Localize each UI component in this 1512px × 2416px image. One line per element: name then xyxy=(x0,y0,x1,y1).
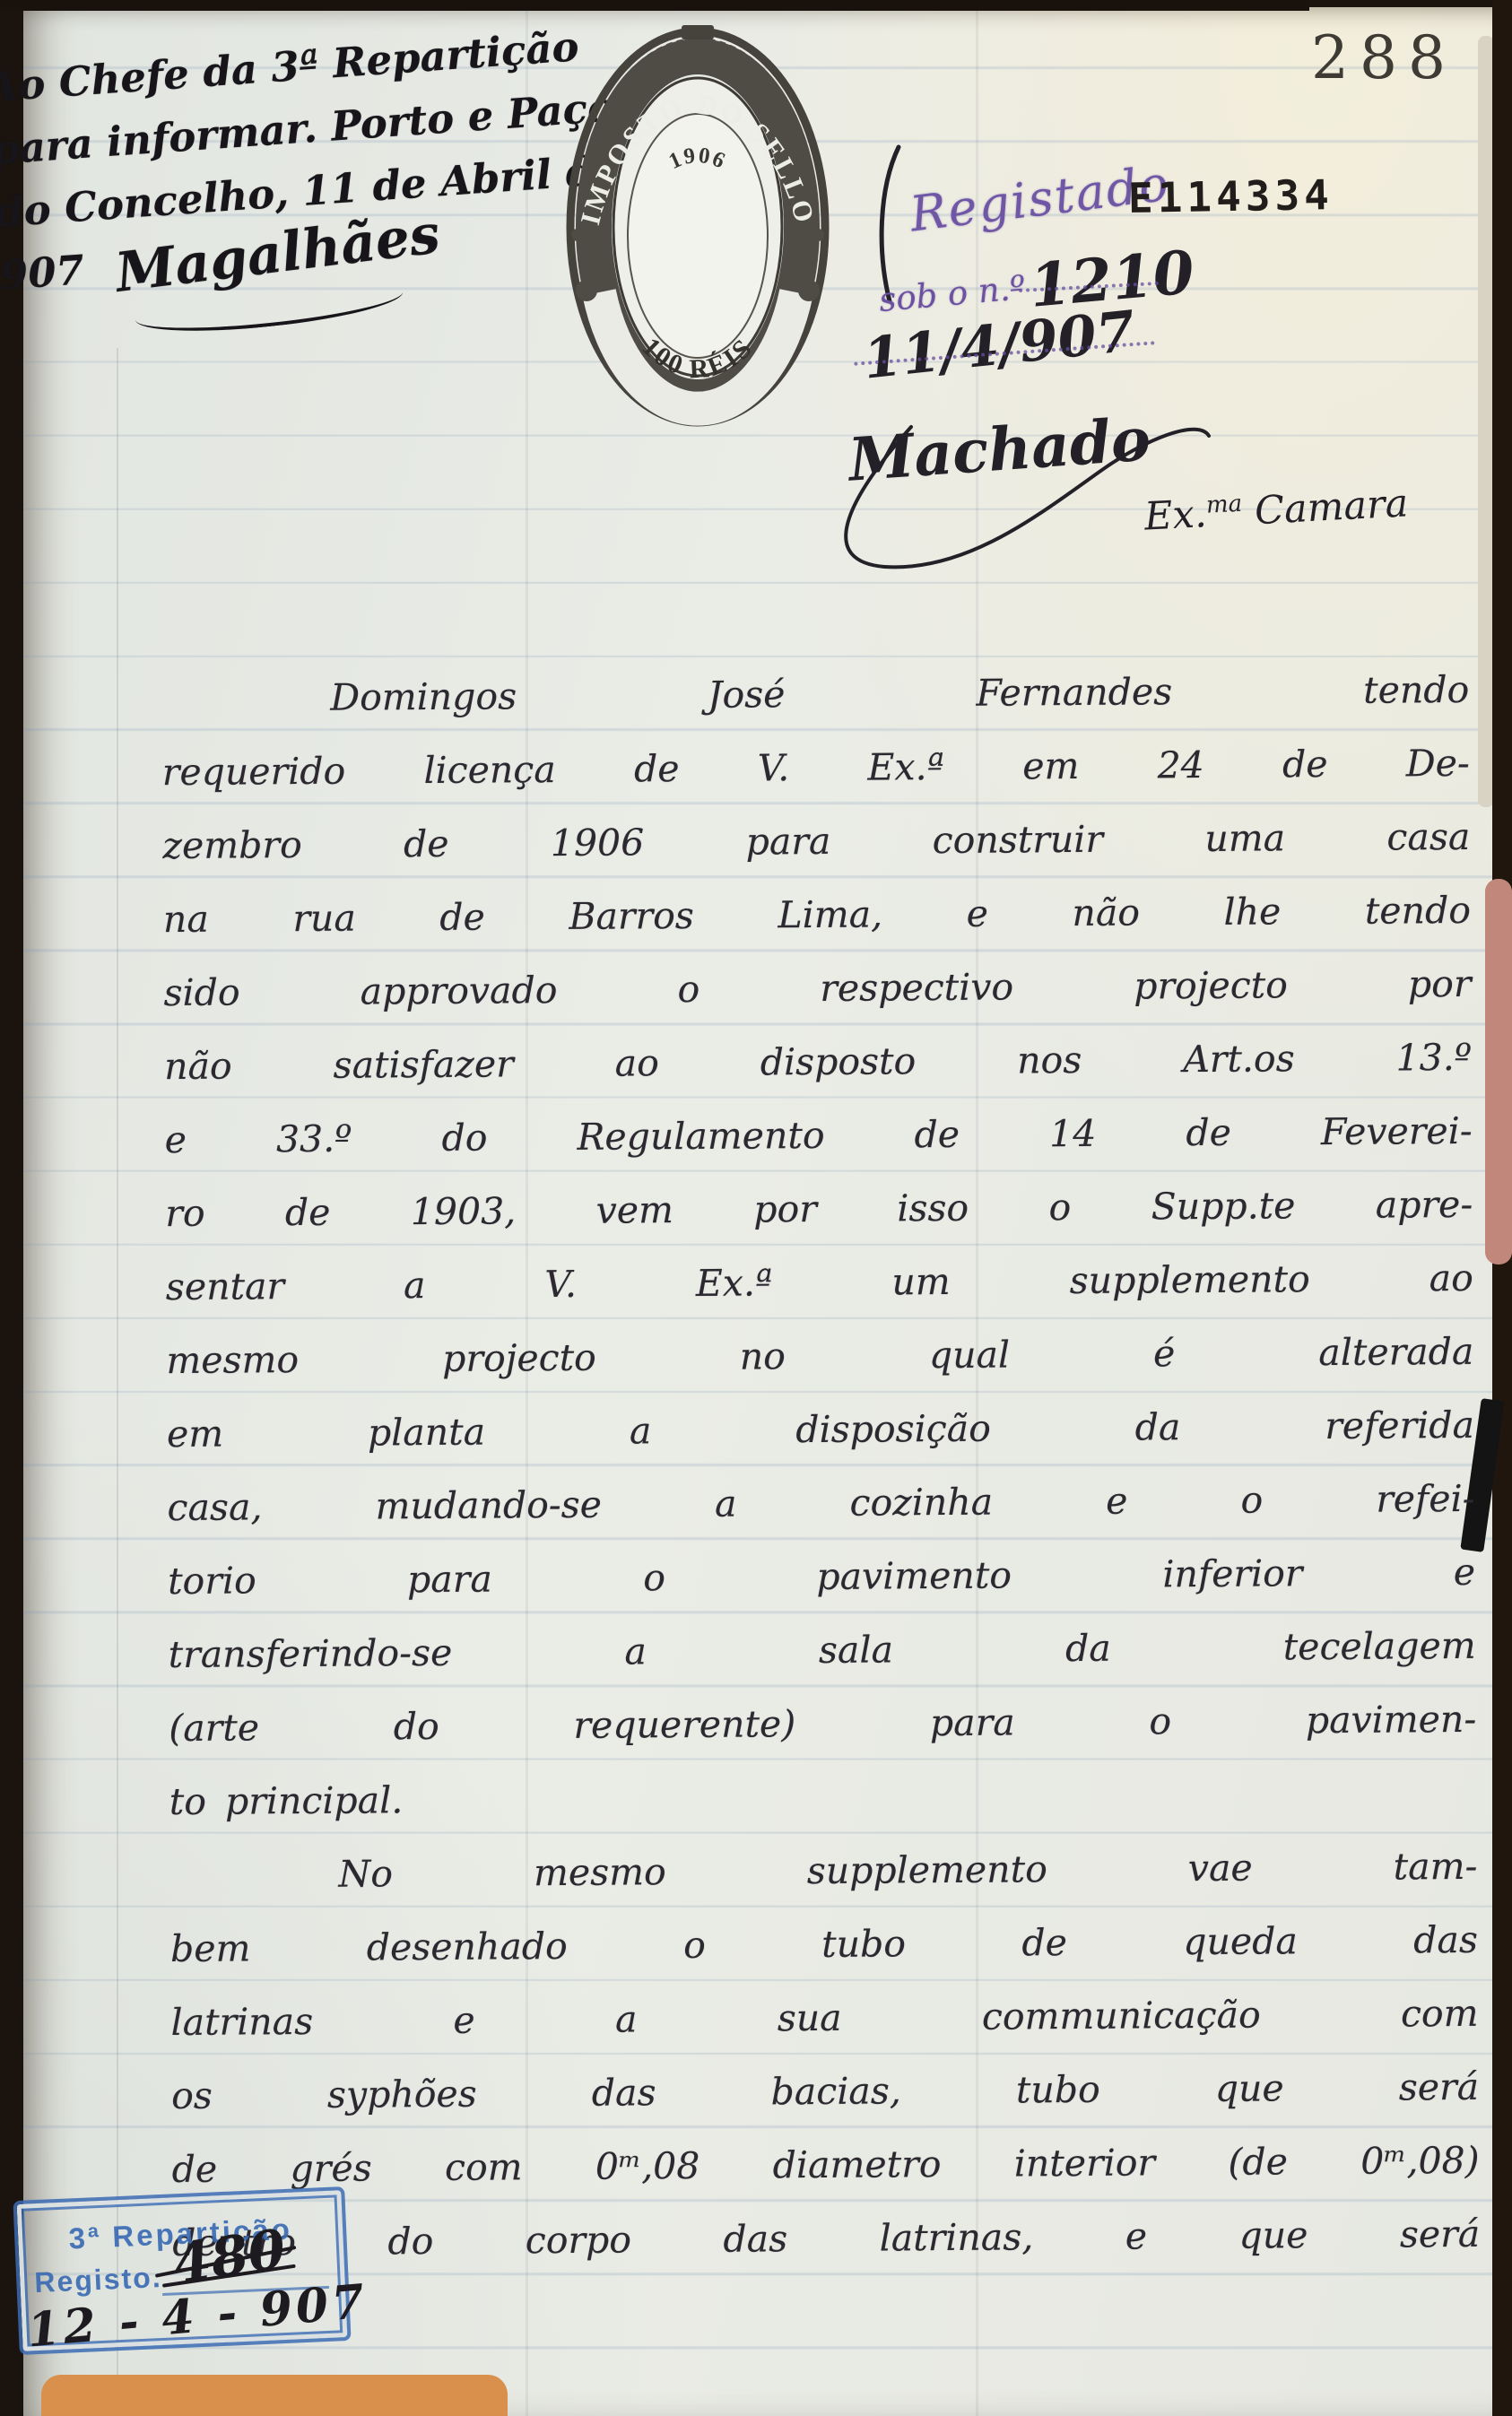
body-line: zembro de 1906 para construir uma casa xyxy=(162,808,1471,891)
body-line: bem desenhado o tubo de queda das xyxy=(170,1911,1479,1994)
addressee-superscript: ma xyxy=(1205,491,1243,519)
revenue-stamp-seal: IMPOSTO DO SELLO 1906 100 RÉIS xyxy=(563,23,832,430)
body-line: em planta a disposição da referida xyxy=(167,1396,1475,1479)
body-line: sido approvado o respectivo projecto por xyxy=(163,955,1472,1038)
body-line: torio para o pavimento inferior e xyxy=(168,1543,1476,1626)
page-number: 288 xyxy=(1311,23,1456,92)
body-line: dentro do corpo das latrinas, e que será xyxy=(172,2205,1481,2288)
body-line: to principal. xyxy=(169,1764,1478,1847)
body-line: de grés com 0ᵐ,08 diametro interior (de … xyxy=(171,2132,1480,2214)
body-line: não satisfazer ao disposto nos Art.os 13… xyxy=(164,1029,1473,1111)
body-line: transferindo-se a sala da tecelagem xyxy=(168,1617,1476,1699)
left-margin-line xyxy=(117,348,118,2416)
body-line: No mesmo supplemento vae tam- xyxy=(169,1838,1478,1920)
photo-top-edge xyxy=(0,0,1309,11)
body-line: e 33.º do Regulamento de 14 de Feverei- xyxy=(164,1102,1473,1185)
body-line: casa, mudando-se a cozinha e o refei- xyxy=(167,1470,1475,1552)
body-line: na rua de Barros Lima, e não lhe tendo xyxy=(163,882,1472,964)
body-line: requerido licença de V. Ex.ª em 24 de De… xyxy=(162,734,1471,817)
body-line: Domingos José Fernandes tendo xyxy=(161,661,1470,743)
body-line: sentar a V. Ex.ª um supplemento ao xyxy=(166,1249,1474,1332)
serial-number: E114334 xyxy=(1128,170,1334,222)
finger-right-edge xyxy=(1485,879,1512,1264)
body-line: ro de 1903, vem por isso o Supp.te apre- xyxy=(165,1176,1473,1258)
addressee-rest: Camara xyxy=(1241,481,1409,534)
body-line: mesmo projecto no qual é alterada xyxy=(166,1323,1474,1405)
finger-bottom-edge xyxy=(41,2375,508,2416)
body-line: os syphões das bacias, tubo que será xyxy=(171,2058,1480,2141)
body-line: latrinas e a sua communicação com xyxy=(170,1985,1479,2067)
addressee-prefix: Ex. xyxy=(1143,491,1208,540)
body-line: (arte do requerente) para o pavimen- xyxy=(169,1690,1477,1773)
